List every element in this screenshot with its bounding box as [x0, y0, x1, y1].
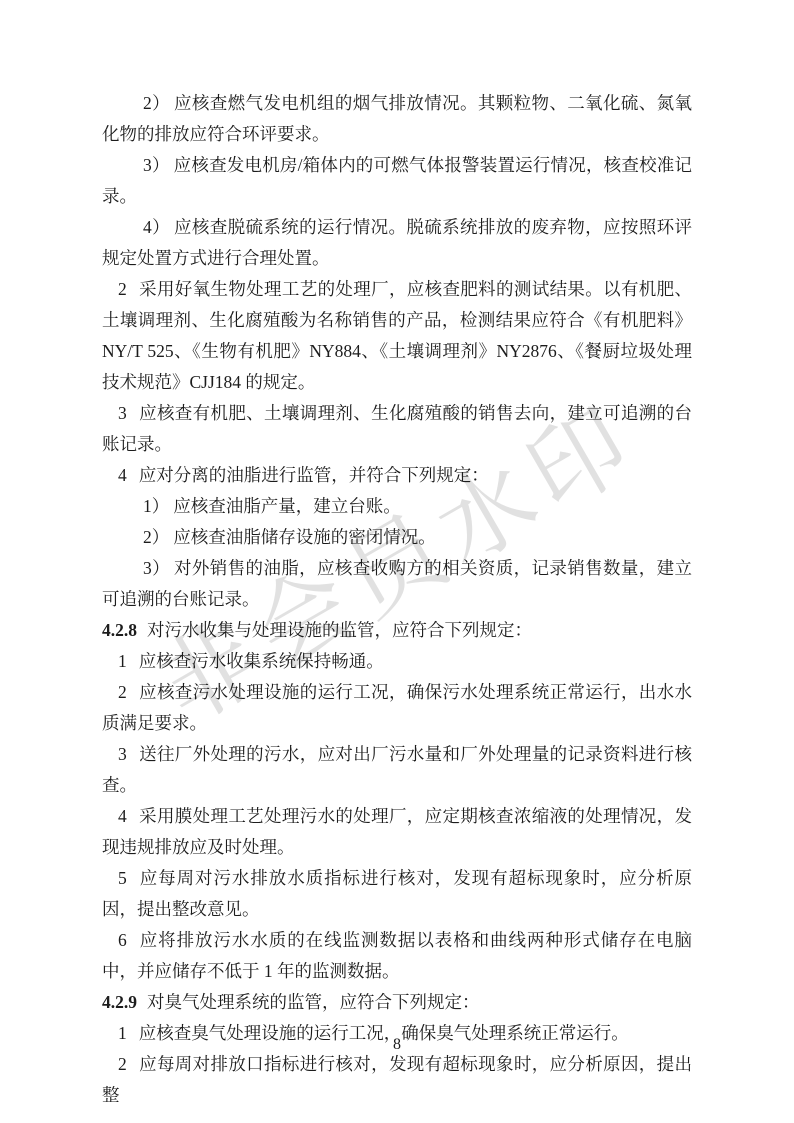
- item-label: 3: [118, 403, 127, 423]
- paragraph-text: 应核查脱硫系统的运行情况。脱硫系统排放的废弃物，应按照环评规定处置方式进行合理处…: [102, 217, 692, 268]
- paragraph-text: 应对分离的油脂进行监管，并符合下列规定：: [139, 465, 489, 485]
- paragraph-text: 应核查燃气发电机组的烟气排放情况。其颗粒物、二氧化硫、氮氧化物的排放应符合环评要…: [102, 93, 692, 144]
- paragraph: 2采用好氧生物处理工艺的处理厂，应核查肥料的测试结果。以有机肥、土壤调理剂、生化…: [102, 274, 692, 398]
- item-label: 4: [118, 806, 127, 826]
- paragraph: 4）应核查脱硫系统的运行情况。脱硫系统排放的废弃物，应按照环评规定处置方式进行合…: [102, 212, 692, 274]
- item-label: 4.2.8: [102, 620, 137, 640]
- paragraph: 3）对外销售的油脂，应核查收购方的相关资质，记录销售数量，建立可追溯的台账记录。: [102, 553, 692, 615]
- paragraph-text: 应每周对污水排放水质指标进行核对，发现有超标现象时，应分析原因，提出整改意见。: [102, 868, 692, 919]
- paragraph: 3）应核查发电机房/箱体内的可燃气体报警装置运行情况，核查校准记录。: [102, 150, 692, 212]
- item-label: 3）: [143, 155, 170, 175]
- paragraph: 6应将排放污水水质的在线监测数据以表格和曲线两种形式储存在电脑中，并应储存不低于…: [102, 925, 692, 987]
- item-label: 6: [118, 930, 127, 950]
- paragraph: 2）应核查油脂储存设施的密闭情况。: [102, 522, 692, 553]
- paragraph-text: 应核查发电机房/箱体内的可燃气体报警装置运行情况，核查校准记录。: [102, 155, 692, 206]
- paragraph: 4.2.8对污水收集与处理设施的监管，应符合下列规定：: [102, 615, 692, 646]
- paragraph: 4.2.9对臭气处理系统的监管，应符合下列规定：: [102, 987, 692, 1018]
- item-label: 4.2.9: [102, 992, 137, 1012]
- paragraph-text: 采用好氧生物处理工艺的处理厂，应核查肥料的测试结果。以有机肥、土壤调理剂、生化腐…: [102, 279, 692, 392]
- item-label: 2）: [143, 527, 169, 547]
- paragraph: 2应每周对排放口指标进行核对，发现有超标现象时，应分析原因，提出整: [102, 1049, 692, 1111]
- paragraph-text: 应核查油脂储存设施的密闭情况。: [173, 527, 436, 547]
- paragraph-text: 应核查污水处理设施的运行工况，确保污水处理系统正常运行，出水水质满足要求。: [102, 682, 692, 733]
- paragraph-text: 应每周对排放口指标进行核对，发现有超标现象时，应分析原因，提出整: [102, 1054, 692, 1105]
- page-number: 8: [0, 1036, 794, 1054]
- paragraph: 1应核查污水收集系统保持畅通。: [102, 646, 692, 677]
- paragraph-text: 对臭气处理系统的监管，应符合下列规定：: [147, 992, 480, 1012]
- paragraph: 5应每周对污水排放水质指标进行核对，发现有超标现象时，应分析原因，提出整改意见。: [102, 863, 692, 925]
- item-label: 3: [118, 744, 127, 764]
- item-label: 2）: [143, 93, 170, 113]
- paragraph: 2）应核查燃气发电机组的烟气排放情况。其颗粒物、二氧化硫、氮氧化物的排放应符合环…: [102, 88, 692, 150]
- document-body: 2）应核查燃气发电机组的烟气排放情况。其颗粒物、二氧化硫、氮氧化物的排放应符合环…: [102, 88, 692, 1111]
- paragraph-text: 应核查有机肥、土壤调理剂、生化腐殖酸的销售去向，建立可追溯的台账记录。: [102, 403, 692, 454]
- paragraph: 4应对分离的油脂进行监管，并符合下列规定：: [102, 460, 692, 491]
- paragraph-text: 对外销售的油脂，应核查收购方的相关资质，记录销售数量，建立可追溯的台账记录。: [102, 558, 692, 609]
- item-label: 1: [118, 651, 127, 671]
- paragraph-text: 应核查污水收集系统保持畅通。: [139, 651, 384, 671]
- paragraph-text: 送往厂外处理的污水，应对出厂污水量和厂外处理量的记录资料进行核查。: [102, 744, 692, 795]
- item-label: 3）: [143, 558, 170, 578]
- item-label: 1）: [143, 496, 169, 516]
- paragraph-text: 应核查油脂产量，建立台账。: [173, 496, 401, 516]
- paragraph-text: 采用膜处理工艺处理污水的处理厂，应定期核查浓缩液的处理情况，发现违规排放应及时处…: [102, 806, 692, 857]
- item-label: 4: [118, 465, 127, 485]
- paragraph: 2应核查污水处理设施的运行工况，确保污水处理系统正常运行，出水水质满足要求。: [102, 677, 692, 739]
- paragraph-text: 应将排放污水水质的在线监测数据以表格和曲线两种形式储存在电脑中，并应储存不低于 …: [102, 930, 692, 981]
- paragraph: 3应核查有机肥、土壤调理剂、生化腐殖酸的销售去向，建立可追溯的台账记录。: [102, 398, 692, 460]
- item-label: 2: [118, 279, 127, 299]
- paragraph: 4采用膜处理工艺处理污水的处理厂，应定期核查浓缩液的处理情况，发现违规排放应及时…: [102, 801, 692, 863]
- item-label: 4）: [143, 217, 170, 237]
- paragraph: 3送往厂外处理的污水，应对出厂污水量和厂外处理量的记录资料进行核查。: [102, 739, 692, 801]
- item-label: 2: [118, 682, 127, 702]
- paragraph: 1）应核查油脂产量，建立台账。: [102, 491, 692, 522]
- document-page: 非会员水印 2）应核查燃气发电机组的烟气排放情况。其颗粒物、二氧化硫、氮氧化物的…: [0, 0, 794, 1123]
- paragraph-text: 对污水收集与处理设施的监管，应符合下列规定：: [147, 620, 532, 640]
- item-label: 2: [118, 1054, 127, 1074]
- item-label: 5: [118, 868, 127, 888]
